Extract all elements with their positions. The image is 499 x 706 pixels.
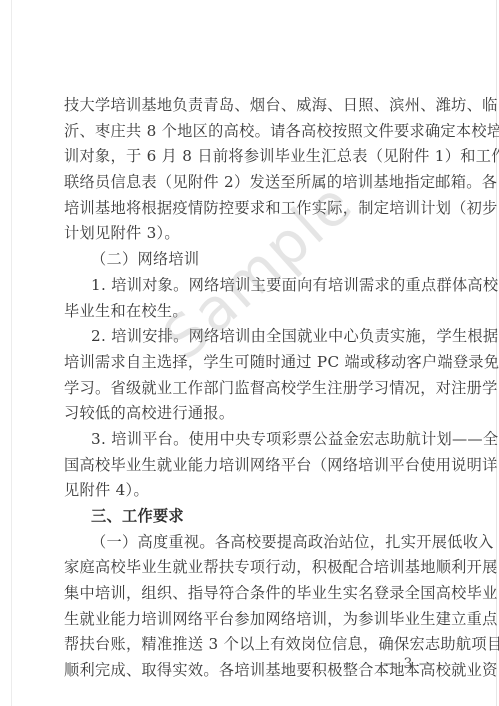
text-line: 2. 培训安排。网络培训由全国就业中心负责实施，学生根据 (64, 324, 438, 350)
text-line: 计划见附件 3）。 (64, 221, 438, 247)
text-line: 沂、枣庄共 8 个地区的高校。请各高校按照文件要求确定本校培 (64, 119, 438, 145)
text-line: 培训基地将根据疫情防控要求和工作实际，制定培训计划（初步 (64, 196, 438, 222)
text-line: 习较低的高校进行通报。 (64, 401, 438, 427)
page-number: — 3 — (383, 656, 434, 672)
text-line: 生就业能力培训网络平台参加网络培训，为参训毕业生建立重点 (64, 607, 438, 633)
text-line: 家庭高校毕业生就业帮扶专项行动，积极配合培训基地顺利开展 (64, 555, 438, 581)
text-line: 见附件 4）。 (64, 478, 438, 504)
document-body: 技大学培训基地负责青岛、烟台、威海、日照、滨州、潍坊、临 沂、枣庄共 8 个地区… (64, 93, 438, 684)
text-line: 顺利完成、取得实效。各培训基地要积极整合本地本高校就业资 (64, 658, 438, 684)
text-line: 集中培训，组织、指导符合条件的毕业生实名登录全国高校毕业 (64, 581, 438, 607)
text-line: （一）高度重视。各高校要提高政治站位，扎实开展低收入 (64, 530, 438, 556)
text-line: 3. 培训平台。使用中央专项彩票公益金宏志助航计划——全 (64, 427, 438, 453)
text-line: 毕业生和在校生。 (64, 299, 438, 325)
page-edge-left (11, 0, 12, 706)
text-line: 国高校毕业生就业能力培训网络平台（网络培训平台使用说明详 (64, 453, 438, 479)
text-line: 技大学培训基地负责青岛、烟台、威海、日照、滨州、潍坊、临 (64, 93, 438, 119)
section-subheading: （二）网络培训 (64, 247, 438, 273)
text-line: 培训需求自主选择，学生可随时通过 PC 端或移动客户端登录免费 (64, 350, 438, 376)
text-line: 训对象，于 6 月 8 日前将参训毕业生汇总表（见附件 1）和工作 (64, 144, 438, 170)
text-line: 帮扶台账，精准推送 3 个以上有效岗位信息，确保宏志助航项目 (64, 632, 438, 658)
section-heading: 三、工作要求 (64, 504, 438, 530)
text-line: 联络员信息表（见附件 2）发送至所属的培训基地指定邮箱。各 (64, 170, 438, 196)
text-line: 1. 培训对象。网络培训主要面向有培训需求的重点群体高校 (64, 273, 438, 299)
text-line: 学习。省级就业工作部门监督高校学生注册学习情况，对注册学 (64, 376, 438, 402)
